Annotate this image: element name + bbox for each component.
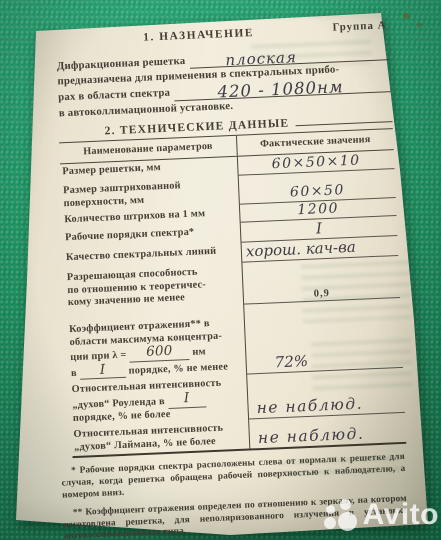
- rule-line: [295, 118, 392, 126]
- handwritten-value: не наблюд.: [256, 395, 363, 418]
- avito-watermark: Avito: [324, 498, 439, 532]
- handwritten-value: I: [316, 219, 323, 237]
- handwritten-wavelength: 600: [146, 343, 173, 360]
- fill-in-line: I: [167, 391, 206, 408]
- avito-logo-icon: [324, 498, 358, 532]
- footnote-working-orders: * Рабочие порядки спектра расположены сл…: [61, 452, 408, 502]
- fill-in-line: I: [79, 362, 126, 380]
- watermark-brand-text: Avito: [363, 498, 439, 532]
- handwritten-order: I: [99, 361, 105, 377]
- passport-document: 1. НАЗНАЧЕНИЕ Группа А Дифракционная реш…: [42, 9, 410, 540]
- handwritten-value: 60×50: [290, 182, 345, 200]
- section1-header: 1. НАЗНАЧЕНИЕ Группа А: [43, 21, 389, 48]
- group-label: Группа А: [332, 19, 386, 33]
- handwritten-value: не наблюд.: [258, 425, 365, 448]
- printed-value: 0,9: [313, 288, 330, 300]
- handwritten-value: хорош. кач-ва: [246, 238, 357, 261]
- photo-of-grating-passport: { "colors":{"fabric_green":"#1f9463","pa…: [0, 0, 441, 540]
- technical-data-table: Наименование параметров Фактические знач…: [59, 128, 406, 458]
- handwritten-grating-type: плоская: [225, 50, 297, 69]
- handwritten-value: 1200: [297, 201, 339, 219]
- section1-title: 1. НАЗНАЧЕНИЕ: [143, 27, 254, 44]
- handwritten-spectral-range: 420 - 1080нм: [217, 79, 344, 100]
- handwritten-value: 72%: [274, 352, 308, 371]
- handwritten-value: 60×50×10: [271, 153, 361, 173]
- handwritten-order: I: [184, 390, 190, 406]
- purpose-paragraph: Дифракционная решетка плоская предназнач…: [43, 44, 391, 122]
